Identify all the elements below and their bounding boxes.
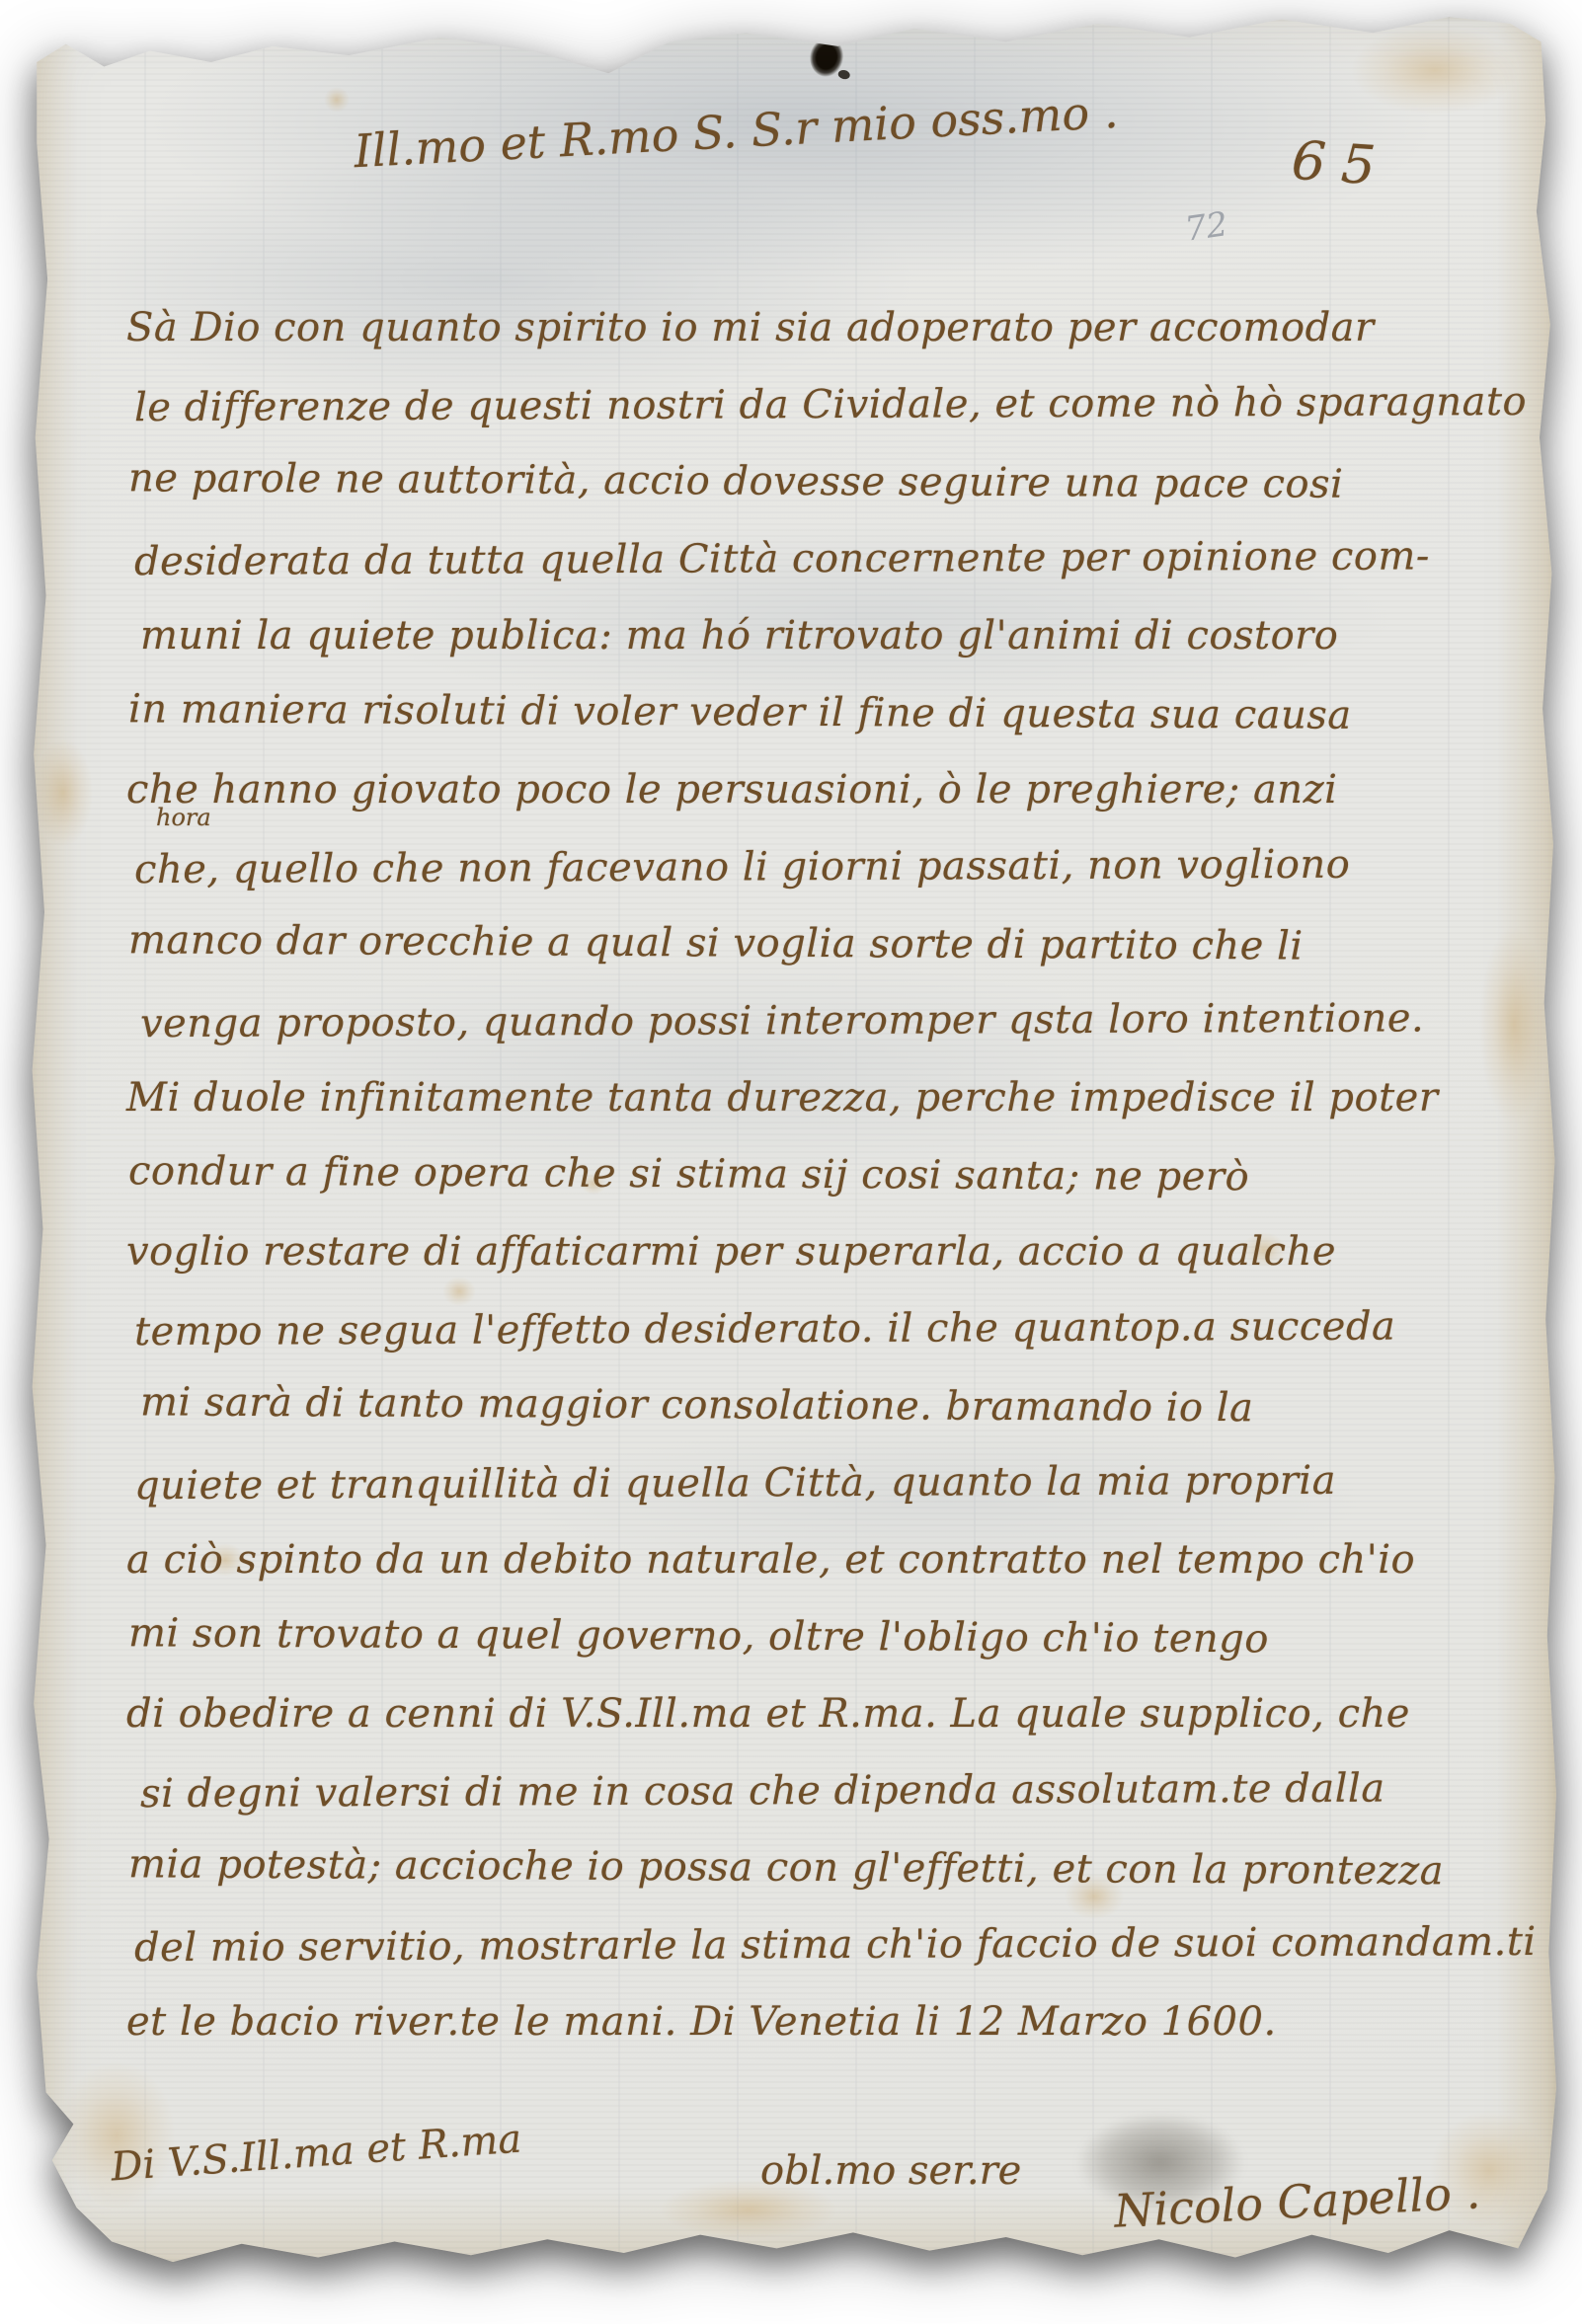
stain: [1351, 26, 1519, 115]
letter-line: desiderata da tutta quella Città concern…: [134, 517, 1529, 600]
letter-line: Sà Dio con quanto spirito io mi sia adop…: [126, 289, 1529, 366]
letter-line: mia potestà; accioche io possa con gl'ef…: [128, 1825, 1529, 1909]
letter-line: voglio restare di affaticarmi per supera…: [126, 1213, 1529, 1290]
closing-servant-formula: obl.mo ser.re: [760, 2148, 1021, 2194]
letter-line: in maniera risoluti di voler veder il fi…: [128, 670, 1529, 754]
letter-line: le differenze de questi nostri da Civida…: [134, 363, 1529, 446]
letter-line: et le bacio river.te le mani. Di Venetia…: [126, 1983, 1529, 2060]
letter-line: quiete et tranquillità di quella Città, …: [134, 1441, 1529, 1524]
letter-line: del mio servitio, mostrarle la stima ch'…: [134, 1903, 1529, 1986]
letter-sheet: Ill.mo et R.mo S. S.r mio oss.mo . 72 65…: [28, 8, 1556, 2269]
letter-line: mi sarà di tanto maggior consolatione. b…: [140, 1363, 1529, 1447]
letter-body: Sà Dio con quanto spirito io mi sia adop…: [126, 289, 1529, 2060]
letter-line: tempo ne segua l'effetto desiderato. il …: [134, 1287, 1529, 1370]
letter-line: si degni valersi di me in cosa che dipen…: [140, 1749, 1529, 1832]
salutation-line: Ill.mo et R.mo S. S.r mio oss.mo .: [353, 85, 1119, 178]
letter-line: che, quello che non facevano li giorni p…: [134, 825, 1529, 908]
letter-line: condur a fine opera che si stima sij cos…: [128, 1132, 1529, 1216]
closing-formula: Di V.S.Ill.ma et R.ma: [110, 2117, 523, 2191]
scan-background: Ill.mo et R.mo S. S.r mio oss.mo . 72 65…: [0, 0, 1582, 2324]
letter-line: mi son trovato a quel governo, oltre l'o…: [128, 1594, 1529, 1678]
letter-line: Mi duole infinitamente tanta durezza, pe…: [126, 1059, 1529, 1136]
letter-sheet-wrap: Ill.mo et R.mo S. S.r mio oss.mo . 72 65…: [28, 8, 1556, 2269]
interline-insertion: hora: [156, 804, 211, 831]
letter-line: a ciò spinto da un debito naturale, et c…: [126, 1521, 1529, 1598]
stain: [324, 87, 350, 113]
archival-ink-number: 65: [1290, 129, 1393, 198]
letter-line: muni la quiete publica: ma hó ritrovato …: [140, 597, 1529, 674]
archival-pencil-number: 72: [1182, 204, 1229, 250]
letter-line: venga proposto, quando possi interomper …: [140, 979, 1529, 1062]
letter-line: manco dar orecchie a qual si voglia sort…: [128, 901, 1529, 985]
letter-line: ne parole ne auttorità, accio dovesse se…: [128, 439, 1529, 523]
stain: [34, 738, 93, 847]
letter-line: di obedire a cenni di V.S.Ill.ma et R.ma…: [126, 1675, 1529, 1752]
letter-line: che hanno giovato poco le persuasioni, ò…: [126, 751, 1529, 828]
ink-blot: [806, 35, 847, 80]
